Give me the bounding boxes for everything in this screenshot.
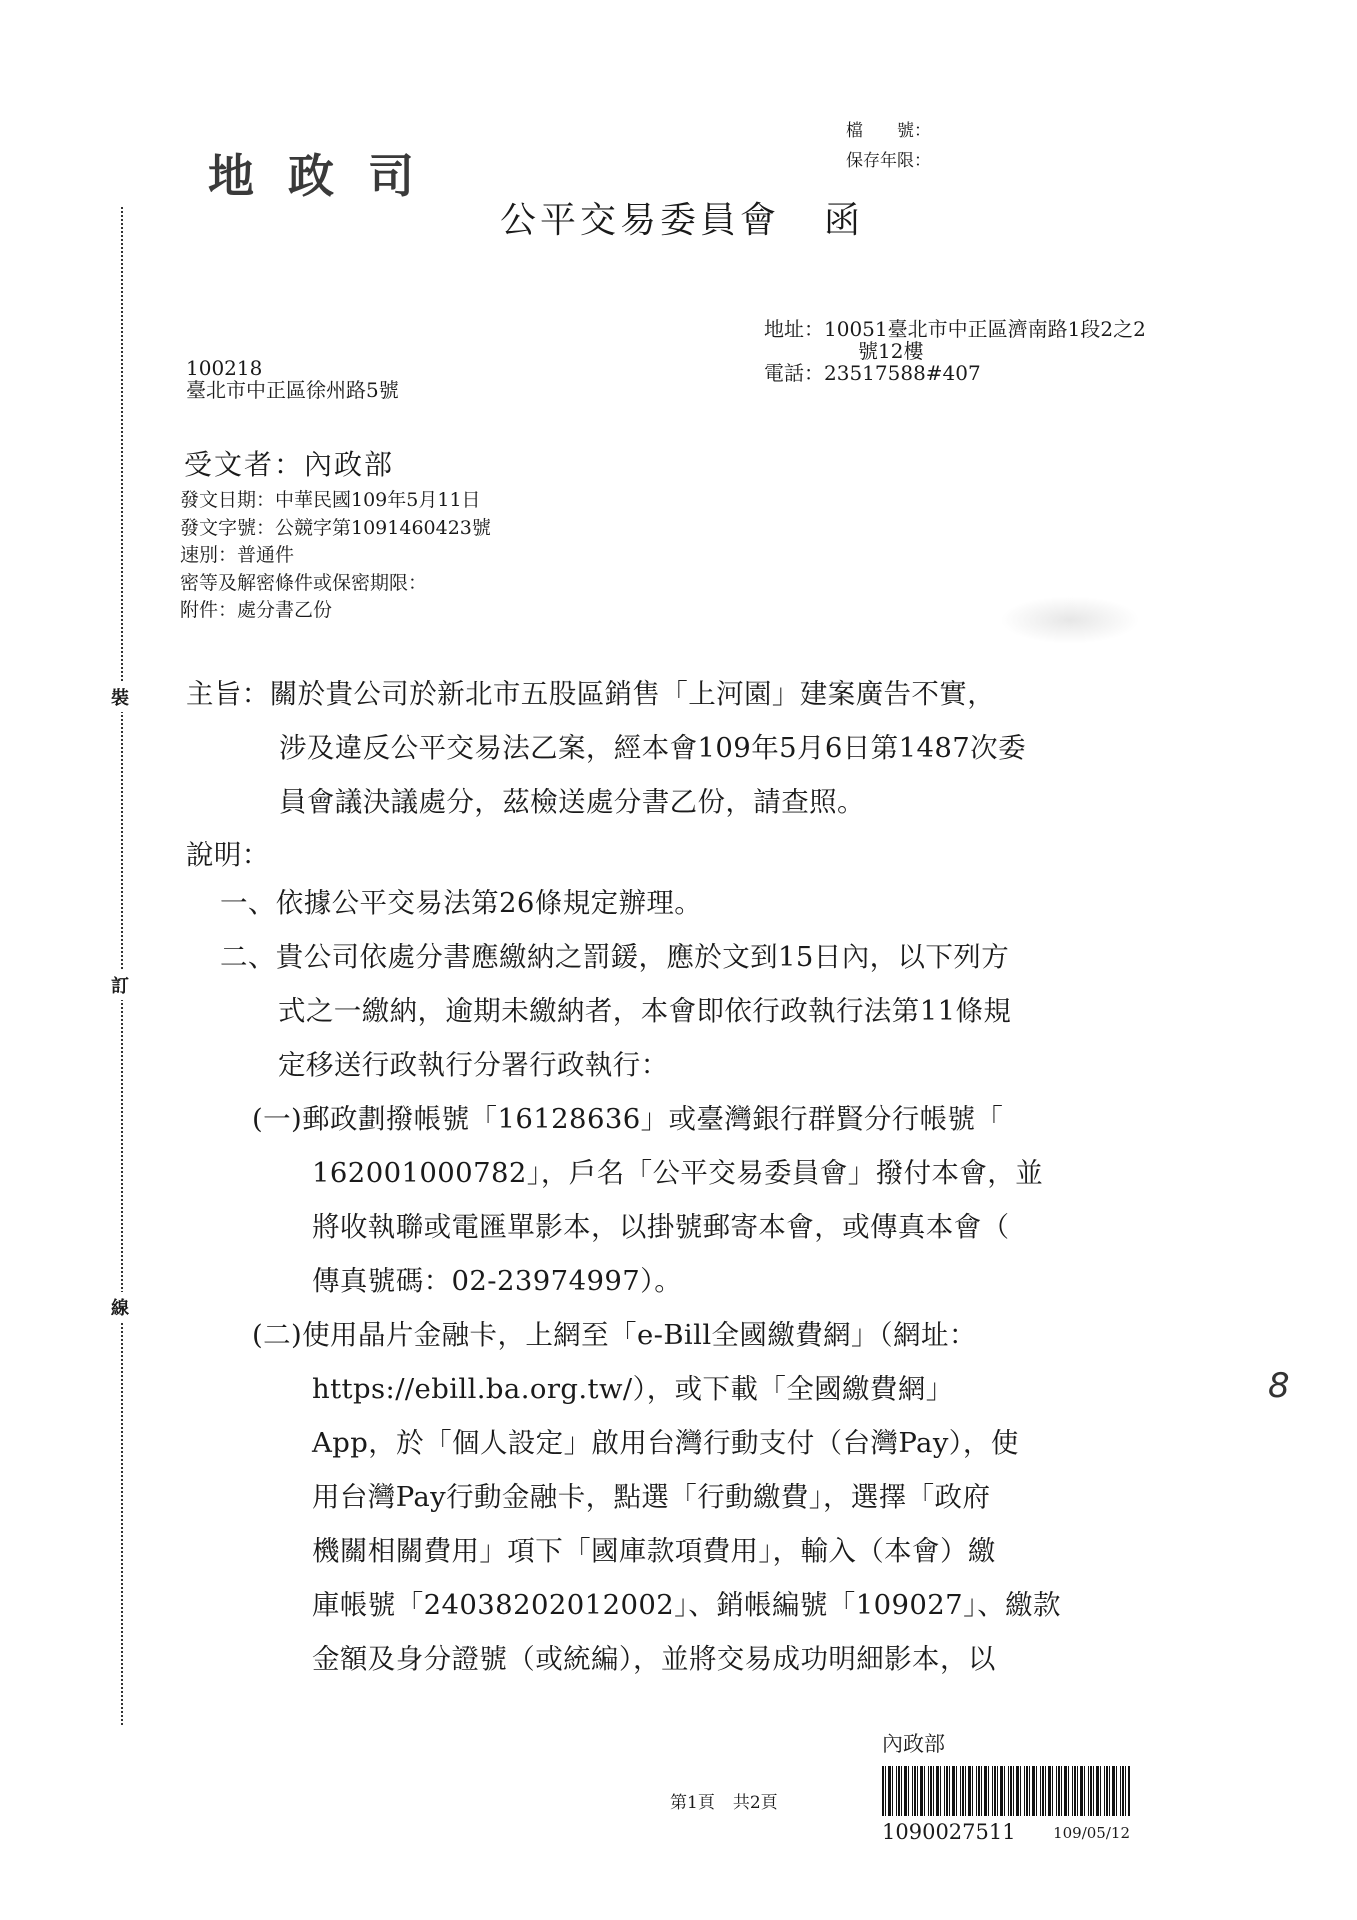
file-meta: 檔 號： 保存年限： [846, 116, 931, 176]
subject-line: 主旨：關於貴公司於新北市五股區銷售「上河園」建案廣告不實， [186, 667, 1026, 721]
urgency: 速別：普通件 [180, 542, 491, 570]
department-stamp: 地政司 [208, 140, 448, 206]
page-total: 共2頁 [733, 1793, 778, 1813]
barcode-number: 1090027511 [882, 1820, 1016, 1844]
paragraph-line: 式之一繳納，逾期未繳納者，本會即依行政執行法第11條規 [220, 984, 1011, 1038]
attachment: 附件：處分書乙份 [180, 597, 491, 625]
dispatch-date: 發文日期：中華民國109年5月11日 [180, 487, 491, 515]
page-number: 第1頁共2頁 [670, 1788, 778, 1813]
subject-section: 主旨：關於貴公司於新北市五股區銷售「上河園」建案廣告不實， 涉及違反公平交易法乙… [186, 667, 1026, 829]
paragraph-line: (一)郵政劃撥帳號「16128636」或臺灣銀行群賢分行帳號「 [252, 1092, 1043, 1146]
dispatch-number: 發文字號：公競字第1091460423號 [180, 515, 491, 543]
document-title: 公平交易委員會函 [500, 192, 864, 243]
page-current: 第1頁 [670, 1793, 715, 1813]
postal-code: 100218 [186, 357, 399, 379]
paragraph-line: 金額及身分證號（或統編），並將交易成功明細影本，以 [252, 1632, 1061, 1686]
paragraph-line: 用台灣Pay行動金融卡，點選「行動繳費」，選擇「政府 [252, 1470, 1061, 1524]
explanation-item-2: 二、貴公司依處分書應繳納之罰鍰，應於文到15日內，以下列方 式之一繳納，逾期未繳… [220, 930, 1011, 1092]
paragraph-line: 機關相關費用」項下「國庫款項費用」，輸入（本會）繳 [252, 1524, 1061, 1578]
paragraph-line: 二、貴公司依處分書應繳納之罰鍰，應於文到15日內，以下列方 [220, 930, 1011, 984]
paragraph-line: 一、依據公平交易法第26條規定辦理。 [220, 876, 702, 930]
subject-line: 涉及違反公平交易法乙案，經本會109年5月6日第1487次委 [186, 721, 1026, 775]
classification: 密等及解密條件或保密期限： [180, 570, 491, 598]
paragraph-line: 定移送行政執行分署行政執行： [220, 1038, 1011, 1092]
paragraph-line: 162001000782」，戶名「公平交易委員會」撥付本會，並 [252, 1146, 1043, 1200]
scan-smudge [1000, 596, 1140, 644]
paragraph-line: 庫帳號「24038202012002」、銷帳編號「109027」、繳款 [252, 1578, 1061, 1632]
barcode-date: 109/05/12 [1053, 1820, 1130, 1844]
handwritten-page-note: 8 [1268, 1366, 1290, 1406]
sender-contact: 地址：10051臺北市中正區濟南路1段2之2 號12樓 電話：23517588#… [764, 318, 1146, 384]
binding-char-ding: 訂 [111, 970, 129, 1000]
agency-name: 公平交易委員會 [500, 200, 780, 241]
recipient-address: 100218 臺北市中正區徐州路5號 [186, 357, 399, 401]
dispatch-meta: 發文日期：中華民國109年5月11日 發文字號：公競字第1091460423號 … [180, 487, 491, 625]
street-address: 臺北市中正區徐州路5號 [186, 379, 399, 401]
binding-char-zhuang: 裝 [111, 682, 129, 712]
paragraph-line: 將收執聯或電匯單影本，以掛號郵寄本會，或傳真本會（ [252, 1200, 1043, 1254]
barcode-caption: 1090027511 109/05/12 [882, 1820, 1130, 1844]
subject-line: 員會議決議處分，茲檢送處分書乙份，請查照。 [186, 775, 1026, 829]
explanation-item-1: 一、依據公平交易法第26條規定辦理。 [220, 876, 702, 930]
sender-address: 地址：10051臺北市中正區濟南路1段2之2 [764, 318, 1146, 340]
recipient: 受文者：內政部 [184, 443, 394, 483]
retention-label: 保存年限： [846, 146, 931, 176]
file-number-label: 檔 號： [846, 116, 931, 146]
payment-option-1: (一)郵政劃撥帳號「16128636」或臺灣銀行群賢分行帳號「 16200100… [252, 1092, 1043, 1308]
paragraph-line: (二)使用晶片金融卡，上網至「e-Bill全國繳費網」（網址： [252, 1308, 1061, 1362]
paragraph-line: App，於「個人設定」啟用台灣行動支付（台灣Pay），使 [252, 1416, 1061, 1470]
payment-url-line: https://ebill.ba.org.tw/），或下載「全國繳費網」 [252, 1362, 1061, 1416]
explanation-label: 說明： [186, 832, 270, 872]
receipt-barcode-block: 內政部 1090027511 109/05/12 [882, 1728, 1130, 1844]
document-type: 函 [824, 200, 864, 241]
barcode-icon [882, 1766, 1130, 1816]
paragraph-line: 傳真號碼：02-23974997）。 [252, 1254, 1043, 1308]
barcode-label: 內政部 [882, 1728, 1130, 1758]
binding-dotted-line [121, 207, 123, 1725]
payment-option-2: (二)使用晶片金融卡，上網至「e-Bill全國繳費網」（網址： https://… [252, 1308, 1061, 1686]
sender-phone: 電話：23517588#407 [764, 362, 1146, 384]
sender-address-cont: 號12樓 [764, 340, 1146, 362]
binding-char-xian: 線 [111, 1292, 129, 1322]
